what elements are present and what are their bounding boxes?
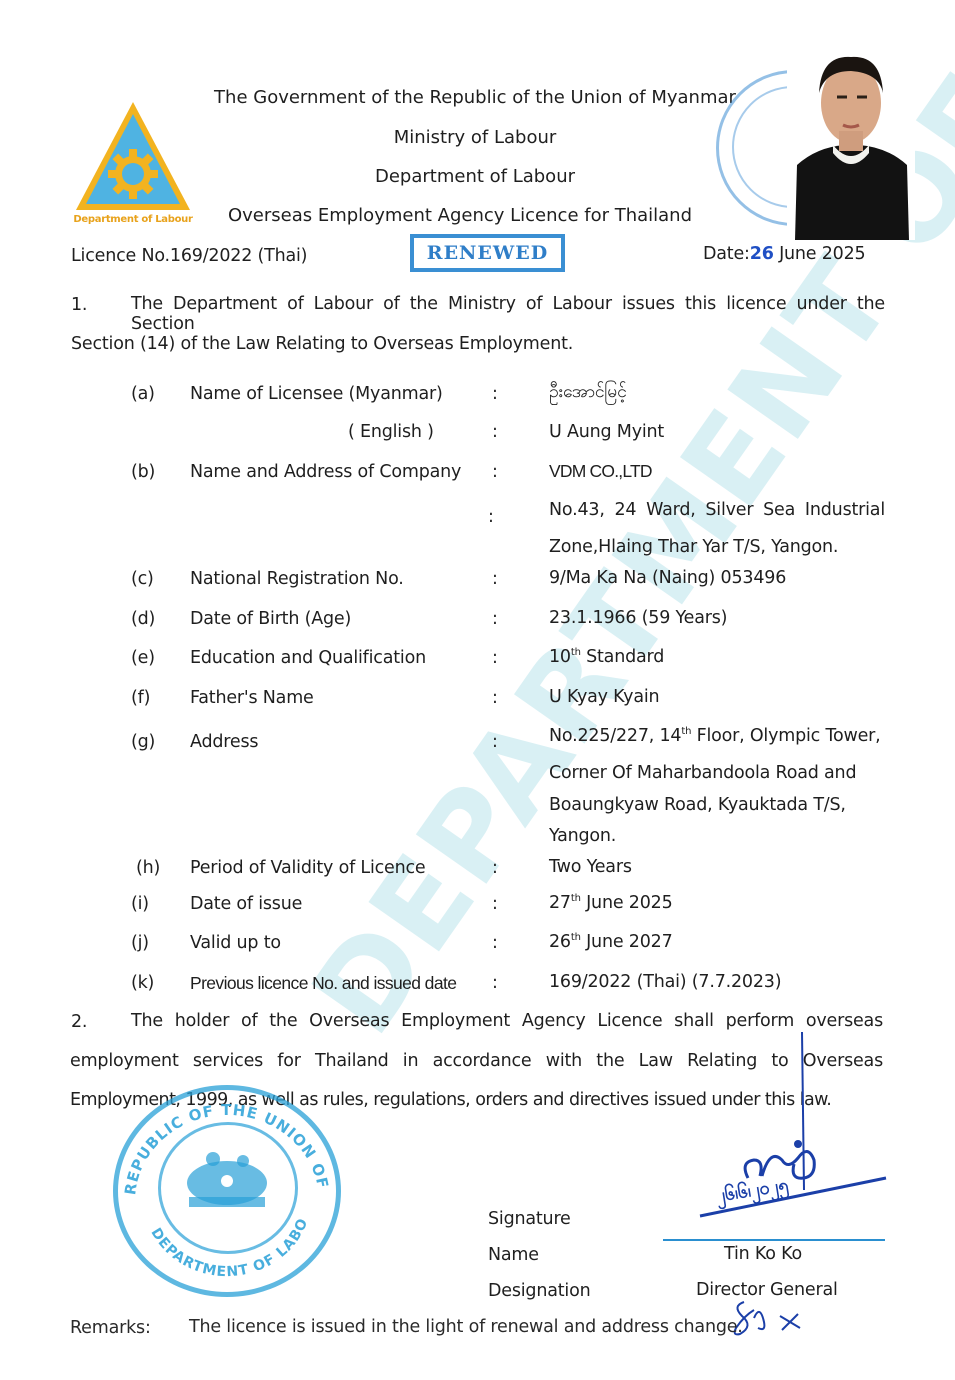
field-a-colon: : xyxy=(492,384,498,404)
address-line-1: No.225/227, 14th Floor, Olympic Tower, xyxy=(549,726,881,746)
issue-day: 27 xyxy=(549,893,571,913)
company-address-line-2: Zone,Hlaing Thar Yar T/S, Yangon. xyxy=(549,537,838,557)
field-j-letter: (j) xyxy=(131,933,149,953)
field-i-label: Date of issue xyxy=(190,894,302,914)
field-i-colon: : xyxy=(492,894,498,914)
licensee-name-myanmar: ဦးအောင်မြင့် xyxy=(549,380,627,406)
issue-day-sup: th xyxy=(571,893,581,904)
paragraph-2-line-1: The holder of the Overseas Employment Ag… xyxy=(131,1011,883,1031)
field-g-letter: (g) xyxy=(131,732,155,752)
field-i-letter: (i) xyxy=(131,894,149,914)
valid-up-to: 26th June 2027 xyxy=(549,932,673,952)
field-f-colon: : xyxy=(492,688,498,708)
renewed-stamp: RENEWED xyxy=(410,234,565,272)
field-e-letter: (e) xyxy=(131,648,155,668)
company-name: VDM CO.,LTD xyxy=(549,461,652,482)
signature-line xyxy=(663,1239,885,1241)
date-label: Date: xyxy=(703,244,750,264)
field-k-colon: : xyxy=(492,973,498,993)
field-a-letter: (a) xyxy=(131,384,155,404)
field-d-label: Date of Birth (Age) xyxy=(190,609,351,629)
paragraph-1-line-1: The Department of Labour of the Ministry… xyxy=(131,294,885,334)
address-line-3: Boaungkyaw Road, Kyauktada T/S, xyxy=(549,795,846,815)
field-j-label: Valid up to xyxy=(190,933,281,953)
government-title: The Government of the Republic of the Un… xyxy=(210,87,740,108)
field-h-letter: (h) xyxy=(136,858,160,878)
field-g-colon: : xyxy=(492,732,498,752)
republic-seal-text: REPUBLIC OF THE UNION OF MYANMAR DEPARTM… xyxy=(113,1085,341,1297)
issue-date: Date:26 June 2025 xyxy=(703,244,865,264)
paragraph-1-number: 1. xyxy=(71,295,87,315)
valid-day-sup: th xyxy=(571,932,581,943)
valid-month-year: June 2027 xyxy=(581,932,673,952)
previous-licence: 169/2022 (Thai) (7.7.2023) xyxy=(549,972,781,992)
signatory-designation: Director General xyxy=(696,1280,838,1300)
field-d-colon: : xyxy=(492,609,498,629)
field-k-letter: (k) xyxy=(131,973,154,993)
signature-label: Signature xyxy=(488,1209,571,1229)
field-f-label: Father's Name xyxy=(190,688,314,708)
issue-month-year: June 2025 xyxy=(581,893,673,913)
field-e-colon: : xyxy=(492,648,498,668)
designation-label: Designation xyxy=(488,1281,590,1301)
address-line-1-post: Floor, Olympic Tower, xyxy=(691,726,880,746)
education-sup: th xyxy=(571,647,581,658)
education-num: 10 xyxy=(549,647,571,667)
field-c-colon: : xyxy=(492,569,498,589)
name-label: Name xyxy=(488,1245,539,1265)
address-line-2: Corner Of Maharbandoola Road and xyxy=(549,763,856,783)
licence-number: Licence No.169/2022 (Thai) xyxy=(71,246,307,266)
field-g-label: Address xyxy=(190,732,258,752)
address-line-4: Yangon. xyxy=(549,826,616,846)
paragraph-2-number: 2. xyxy=(71,1012,87,1032)
field-c-label: National Registration No. xyxy=(190,569,404,589)
date-month-year: June 2025 xyxy=(779,244,865,264)
validity-period: Two Years xyxy=(549,857,632,877)
logo-caption: Department of Labour xyxy=(70,214,196,225)
field-b-colon: : xyxy=(492,462,498,482)
field-b-address-colon: : xyxy=(488,507,494,527)
valid-day: 26 xyxy=(549,932,571,952)
date-of-issue: 27th June 2025 xyxy=(549,893,673,913)
field-e-label: Education and Qualification xyxy=(190,648,426,668)
licensee-name-english: U Aung Myint xyxy=(549,422,664,442)
field-b-letter: (b) xyxy=(131,462,155,482)
field-b-label: Name and Address of Company xyxy=(190,462,461,482)
field-h-label: Period of Validity of Licence xyxy=(190,858,425,878)
date-of-birth: 23.1.1966 (59 Years) xyxy=(549,608,727,628)
field-j-colon: : xyxy=(492,933,498,953)
education-rest: Standard xyxy=(581,647,664,667)
department-title: Department of Labour xyxy=(210,166,740,187)
remarks-label: Remarks: xyxy=(70,1318,151,1338)
field-d-letter: (d) xyxy=(131,609,155,629)
ministry-title: Ministry of Labour xyxy=(210,127,740,148)
signatory-name: Tin Ko Ko xyxy=(724,1244,802,1264)
address-line-1-pre: No.225/227, 14 xyxy=(549,726,681,746)
field-h-colon: : xyxy=(492,858,498,878)
company-address-line-1: No.43, 24 Ward, Silver Sea Industrial xyxy=(549,500,885,520)
fathers-name: U Kyay Kyain xyxy=(549,687,659,707)
licence-title: Overseas Employment Agency Licence for T… xyxy=(195,205,725,226)
field-f-letter: (f) xyxy=(131,688,150,708)
remarks-text: The licence is issued in the light of re… xyxy=(189,1317,743,1337)
field-a-english-colon: : xyxy=(492,422,498,442)
field-k-label: Previous licence No. and issued date xyxy=(190,973,456,994)
national-registration-no: 9/Ma Ka Na (Naing) 053496 xyxy=(549,568,786,588)
paragraph-1-line-2: Section (14) of the Law Relating to Over… xyxy=(71,334,573,354)
licensee-photo xyxy=(787,45,915,240)
address-line-1-sup: th xyxy=(681,726,691,737)
field-a-label: Name of Licensee (Myanmar) xyxy=(190,384,443,404)
field-c-letter: (c) xyxy=(131,569,154,589)
field-a-english-label: ( English ) xyxy=(348,422,434,442)
education-qualification: 10th Standard xyxy=(549,647,664,667)
date-day-handwritten: 26 xyxy=(750,244,774,264)
